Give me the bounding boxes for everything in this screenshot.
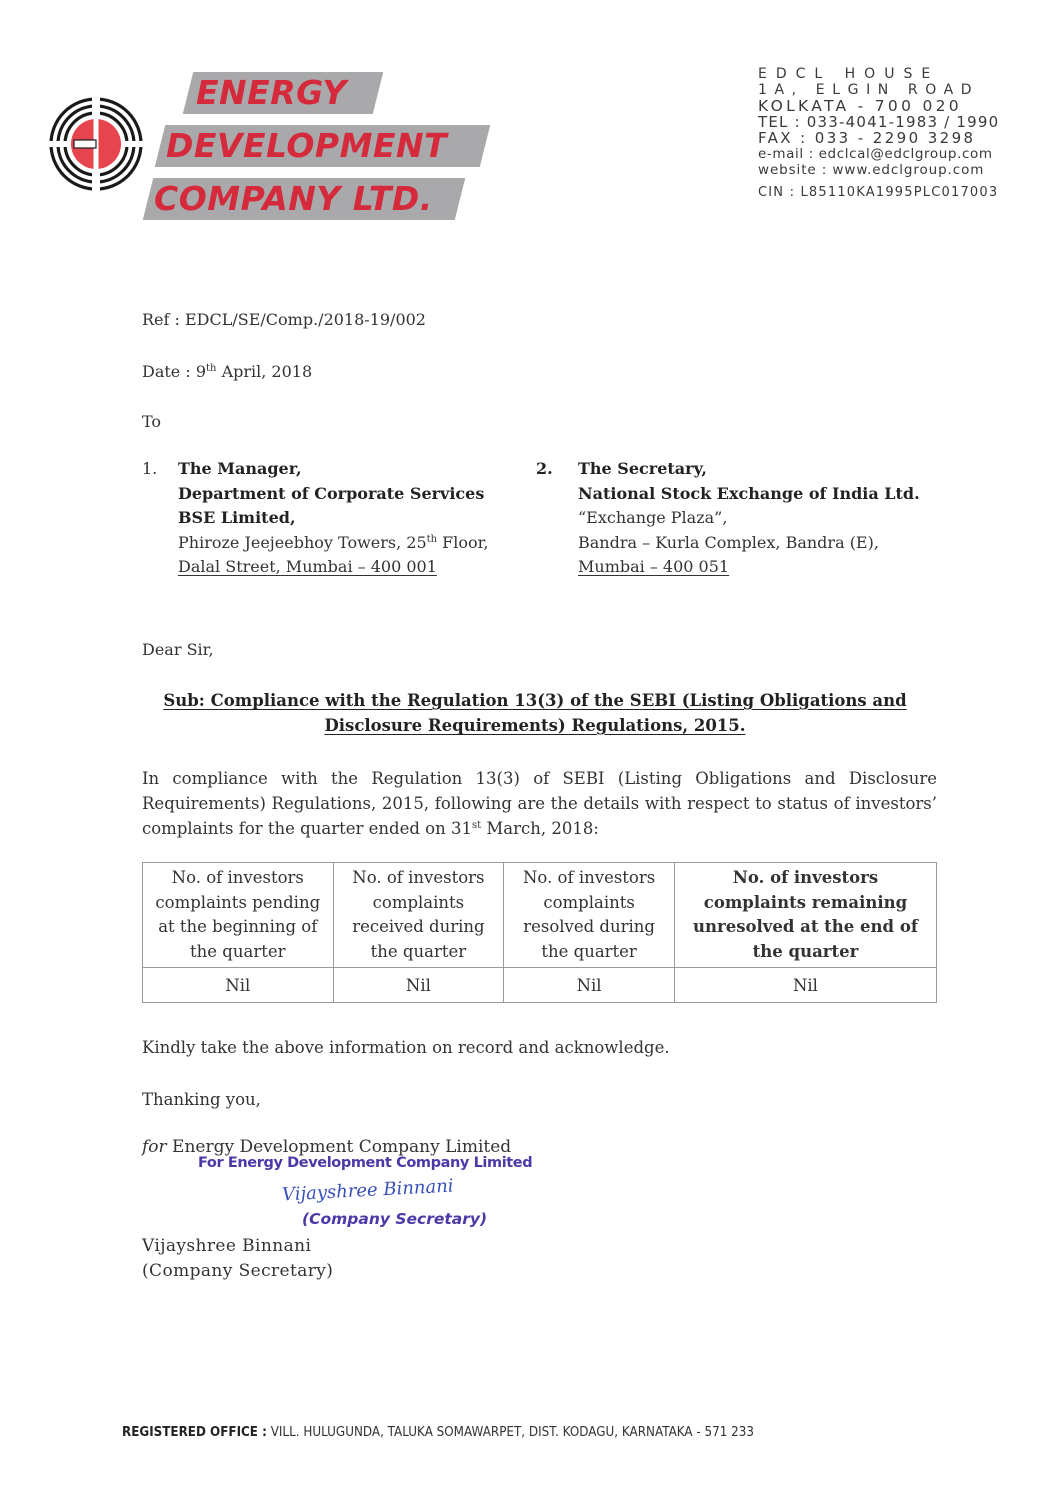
body-paragraph: In compliance with the Regulation 13(3) … [142,766,937,841]
cell-resolved: Nil [504,968,675,1003]
company-logo-emblem [48,96,144,192]
address-superscript: th [427,534,437,545]
recipient-organization: National Stock Exchange of India Ltd. [578,482,920,507]
stamp-designation: (Company Secretary) [302,1210,487,1228]
cell-unresolved: Nil [674,968,936,1003]
for-prefix: for [142,1137,167,1157]
wordmark-line-3: COMPANY LTD. [154,179,433,219]
recipient-title: The Manager, [178,457,489,482]
cell-pending: Nil [143,968,334,1003]
thanks-line: Thanking you, [142,1090,261,1110]
to-label: To [142,412,161,432]
cin-line: CIN : L85110KA1995PLC017003 [758,185,999,201]
recipient-address: Phiroze Jeejeebhoy Towers, 25th Floor, [178,531,489,556]
recipient-city: Dalal Street, Mumbai – 400 001 [178,555,489,580]
column-header-unresolved: No. of investors complaints remaining un… [674,863,936,968]
closing-request: Kindly take the above information on rec… [142,1038,670,1058]
table-row: Nil Nil Nil Nil [143,968,937,1003]
subject-text: Sub: Compliance with the Regulation 13(3… [163,691,906,710]
date-superscript: th [206,363,216,374]
company-stamp: For Energy Development Company Limited [198,1155,532,1171]
body-text: March, 2018: [481,819,599,838]
recipient-number: 1. [142,457,157,482]
recipient-number: 2. [536,457,553,482]
letter-date: Date : 9th April, 2018 [142,362,312,382]
phone-line: TEL : 033-4041-1983 / 1990 [758,114,999,130]
registered-office-footer: REGISTERED OFFICE : VILL. HULUGUNDA, TAL… [122,1425,754,1440]
recipient-city: Mumbai – 400 051 [578,555,920,580]
fax-line: FAX : 033 - 2290 3298 [758,130,999,146]
website-line[interactable]: website : www.edclgroup.com [758,162,999,178]
subject-text: Disclosure Requirements) Regulations, 20… [324,716,745,735]
salutation: Dear Sir, [142,640,214,660]
address-line: 1A, ELGIN ROAD [758,82,999,98]
edcl-emblem-icon [48,96,144,192]
letterhead-address: EDCL HOUSE 1A, ELGIN ROAD KOLKATA - 700 … [758,66,999,201]
date-text: Date : 9 [142,362,206,381]
column-header-received: No. of investors complaints received dur… [333,863,504,968]
recipient-organization: BSE Limited, [178,506,489,531]
column-header-resolved: No. of investors complaints resolved dur… [504,863,675,968]
wordmark-line-1: ENERGY [196,73,347,113]
recipient-nse: 2. The Secretary, National Stock Exchang… [536,457,966,587]
reference-number: Ref : EDCL/SE/Comp./2018-19/002 [142,310,426,330]
address-text: Floor, [437,533,489,552]
complaints-table: No. of investors complaints pending at t… [142,862,937,1003]
for-company-name: Energy Development Company Limited [167,1137,512,1157]
recipient-department: Department of Corporate Services [178,482,489,507]
address-line: KOLKATA - 700 020 [758,98,999,114]
signatory-name: Vijayshree Binnani [142,1236,311,1256]
footer-label: REGISTERED OFFICE : [122,1425,267,1440]
recipient-address: Bandra – Kurla Complex, Bandra (E), [578,531,920,556]
company-wordmark: ENERGY DEVELOPMENT COMPANY LTD. [140,68,490,223]
email-line[interactable]: e-mail : edclcal@edclgroup.com [758,146,999,162]
subject-line: Sub: Compliance with the Regulation 13(3… [150,688,920,738]
date-text: April, 2018 [216,362,312,381]
recipient-building: “Exchange Plaza”, [578,506,920,531]
cell-received: Nil [333,968,504,1003]
recipient-title: The Secretary, [578,457,920,482]
wordmark-line-2: DEVELOPMENT [166,126,447,166]
handwritten-signature: Vijayshree Binnani [282,1176,455,1206]
signatory-title: (Company Secretary) [142,1261,333,1281]
recipient-bse: 1. The Manager, Department of Corporate … [142,457,522,587]
body-superscript: st [472,820,481,831]
table-header-row: No. of investors complaints pending at t… [143,863,937,968]
footer-address: VILL. HULUGUNDA, TALUKA SOMAWARPET, DIST… [267,1425,754,1440]
address-text: Phiroze Jeejeebhoy Towers, 25 [178,533,427,552]
column-header-pending: No. of investors complaints pending at t… [143,863,334,968]
for-company-line: for Energy Development Company Limited [142,1137,511,1157]
address-line: EDCL HOUSE [758,66,999,82]
